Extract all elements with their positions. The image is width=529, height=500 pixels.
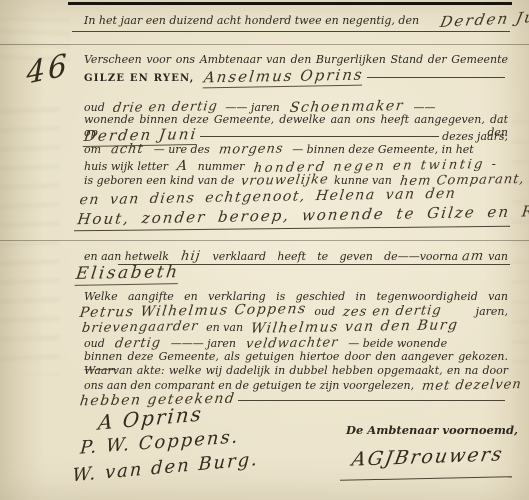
om-label: om (84, 143, 101, 156)
jaren-label-3: ——— jaren (171, 337, 236, 350)
section-divider-rule-1 (0, 44, 529, 45)
is-geboren-label: is geboren een kind van de (84, 174, 235, 187)
birth-daypart-handwritten: morgens (218, 141, 285, 158)
aan-hetwelk-label: en aan hetwelk (84, 250, 169, 263)
form-line-waarvan-akte: Waarvan akte: welke wij dadelijk in dubb… (84, 364, 508, 377)
ure-des-label: — ure des (154, 143, 210, 156)
birth-date-fill-rule (200, 136, 439, 137)
oud-label-3: oud (84, 337, 105, 350)
huis-wijk-label: huis wijk letter (84, 160, 168, 173)
form-line-verscheen: Verscheen voor ons Ambtenaar van den Bur… (84, 53, 508, 66)
form-line-witness2-intro: brievengaarder en van Wilhelmus van den … (82, 319, 508, 336)
official-label: De Ambtenaar voornoemd, (346, 424, 518, 438)
van-label: van (488, 250, 508, 263)
declarant-name-fill-rule (367, 77, 505, 78)
form-line-declarant: GILZE EN RYEN, Anselmus Oprins (84, 67, 508, 87)
page-bleedthrough-left (0, 95, 60, 375)
witness2-name-handwritten: Wilhelmus van den Burg (250, 317, 460, 337)
form-line-year: In het jaar een duizend acht honderd twe… (84, 10, 508, 28)
jaren-label-2: jaren, (476, 305, 508, 318)
form-line-birth-time: om acht — ure des morgens — binnen deze … (84, 142, 508, 158)
voorgelezen-label: ons aan den comparant en de getuigen te … (84, 379, 414, 392)
birth-certificate-document: 46 In het jaar een duizend acht honderd … (0, 0, 529, 500)
year-line-rule (72, 31, 510, 32)
en-van-label: en van (206, 321, 243, 334)
verklaard-label: verklaard heeft te geven de——voorna (212, 250, 458, 263)
gemeente-name: GILZE EN RYEN, (84, 73, 194, 85)
page-bleedthrough-right (511, 120, 529, 380)
beide-wonende-label: — beide wonende (348, 337, 447, 350)
signature-official: AGJBrouwers (350, 443, 505, 470)
geteekend-fill-rule (238, 400, 505, 401)
year-date-handwritten: Derden Juni (439, 7, 529, 31)
binnen-gemeente-label: — binnen deze Gemeente, in het (292, 143, 474, 156)
form-line-child-name: Elisabeth (76, 263, 179, 285)
top-border-rule (68, 2, 512, 5)
kunne-van-label: kunne van (334, 174, 392, 187)
section-divider-rule-2 (0, 240, 529, 241)
witness1-occupation-handwritten: brievengaarder (81, 319, 199, 337)
mother-line2-handwritten: Hout, zonder beroep, wonende te Gilze en… (76, 202, 529, 229)
birth-hour-handwritten: acht (110, 142, 145, 158)
child-sex-handwritten: vrouwelijke (239, 172, 329, 189)
oud-label-2: oud (314, 305, 335, 318)
form-line-mother-2: Hout, zonder beroep, wonende te Gilze en… (78, 206, 510, 224)
act-number: 46 (26, 47, 69, 92)
am-handwritten: am (461, 249, 485, 265)
hij-handwritten: hij (180, 249, 202, 265)
child-name-handwritten: Elisabeth (75, 262, 181, 286)
official-signature-flourish (340, 476, 512, 481)
declarant-name-handwritten: Anselmus Oprins (203, 66, 365, 89)
nummer-label: nummer (198, 160, 245, 173)
year-printed-text: In het jaar een duizend acht honderd twe… (84, 14, 419, 27)
